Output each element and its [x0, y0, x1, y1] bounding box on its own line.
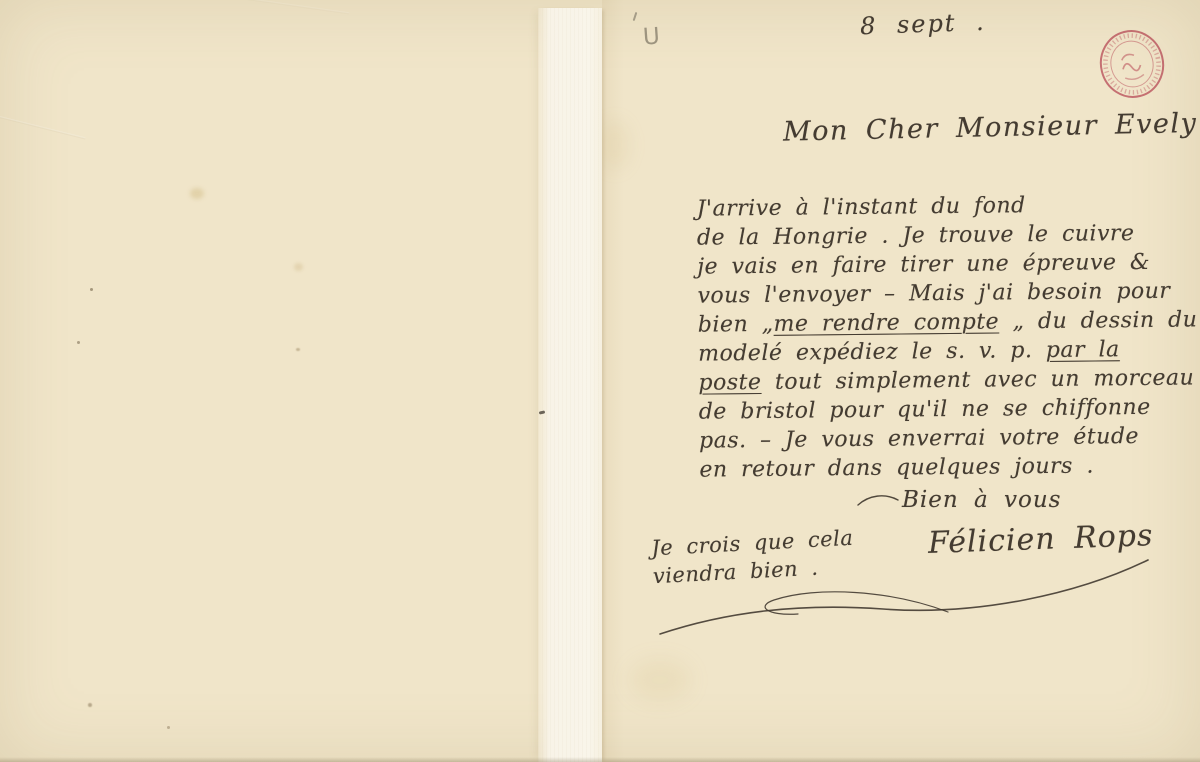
underlined-phrase: poste — [698, 370, 761, 396]
body-line: pas. – Je vous enverrai votre étude — [699, 421, 1200, 455]
closing-text: Bien à vous — [902, 487, 1061, 513]
closing-line: Bien à vous — [856, 487, 1061, 513]
phrase: J'arrive à l'instant du fond — [697, 193, 1026, 221]
foxing-spot — [77, 341, 80, 344]
collection-stamp — [1096, 27, 1168, 101]
left-page-blank — [0, 0, 538, 762]
closing-swash — [856, 491, 900, 509]
letter-body: J'arrive à l'instant du fondde la Hongri… — [696, 189, 1200, 484]
body-line: en retour dans quelques jours . — [699, 450, 1200, 484]
scan-bottom-edge — [0, 757, 1200, 762]
phrase: de la Hongrie . Je trouve le cuivre — [697, 221, 1135, 251]
letter-scan: U 8 sept . Mon Cher Monsieur Evely , J'a… — [0, 0, 1200, 762]
underlined-phrase: par la — [1046, 337, 1120, 363]
phrase: pas. – Je vous enverrai votre étude — [699, 424, 1139, 454]
body-line: bien „me rendre compte „ du dessin du — [698, 305, 1200, 339]
underlined-phrase: me rendre compte — [773, 309, 999, 336]
date-line: 8 sept . — [860, 8, 987, 40]
fold-hinge-strip — [538, 8, 602, 762]
foxing-spot — [296, 348, 300, 351]
phrase: en retour dans quelques jours . — [699, 453, 1094, 482]
foxing-spot — [88, 703, 92, 707]
phrase: de bristol pour qu'il ne se chiffonne — [699, 395, 1151, 425]
foxing-spot — [190, 188, 204, 199]
foxing-spot — [90, 288, 93, 291]
pencil-letter-mark: U — [642, 23, 661, 50]
gutter-shadow — [602, 0, 624, 762]
phrase: „ du dessin du — [999, 307, 1198, 334]
signature-flourish — [648, 546, 1156, 638]
phrase: vous l'envoyer – Mais j'ai besoin pour — [697, 279, 1170, 309]
phrase: je vais en faire tirer une épreuve & — [697, 250, 1150, 280]
phrase: modelé expédiez le s. v. p. — [698, 338, 1046, 367]
phrase: bien „ — [698, 312, 774, 338]
foxing-spot — [294, 263, 303, 271]
foxing-spot — [167, 726, 170, 729]
phrase: tout simplement avec un morceau — [761, 365, 1194, 395]
